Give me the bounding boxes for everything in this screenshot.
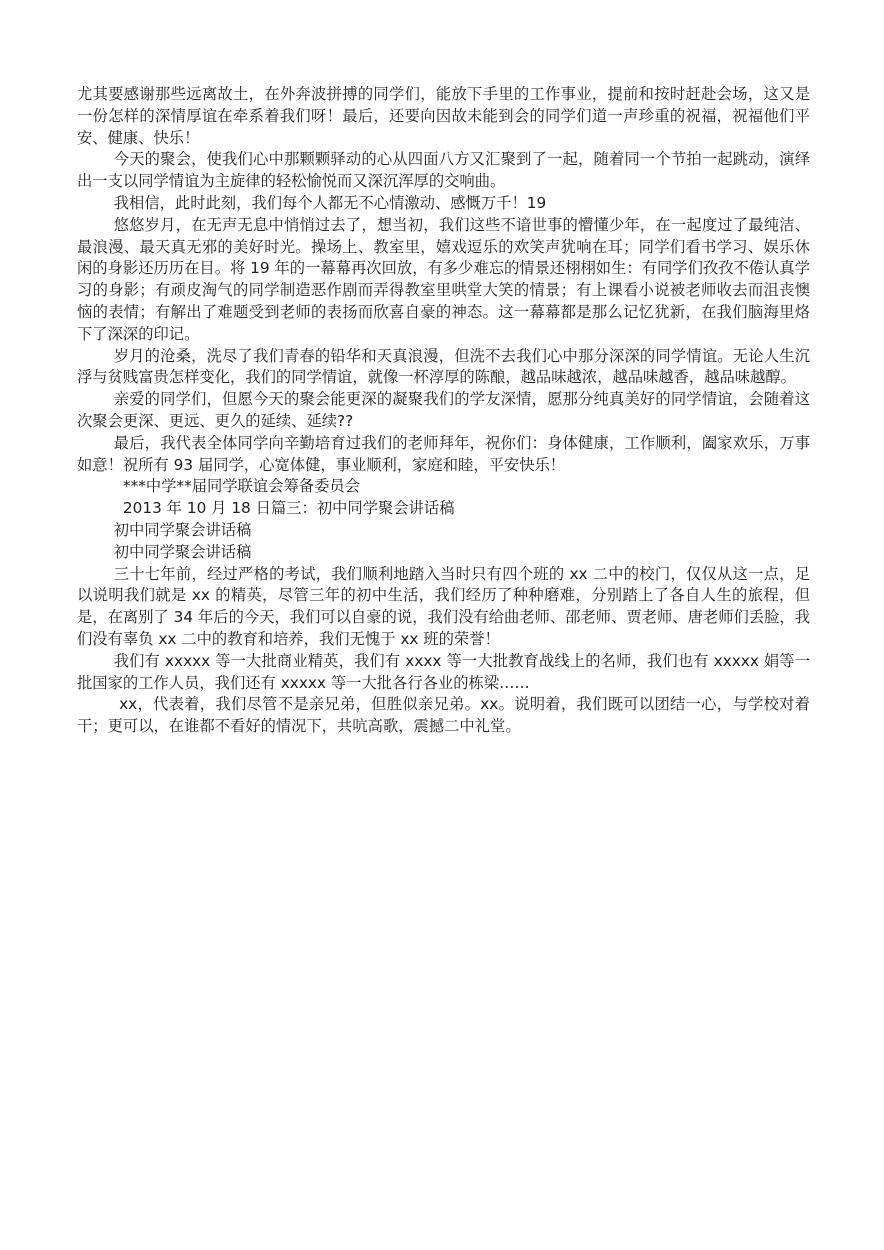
paragraph-brothers: xx，代表着，我们尽管不是亲兄弟，但胜似亲兄弟。xx。说明着，我们既可以团结一心… xyxy=(77,694,810,738)
date-and-section-title: 2013 年 10 月 18 日篇三：初中同学聚会讲话稿 xyxy=(77,498,810,520)
paragraph-wish: 亲爱的同学们，但愿今天的聚会能更深的凝聚我们的学友深情，愿那分纯真美好的同学情谊… xyxy=(77,389,810,433)
signature-committee: ***中学**届同学联谊会筹备委员会 xyxy=(77,476,810,498)
paragraph-years-friendship: 岁月的沧桑，洗尽了我们青春的铅华和天真浪漫，但洗不去我们心中那分深深的同学情谊。… xyxy=(77,346,810,390)
paragraph-gratitude: 尤其要感谢那些远离故土，在外奔波拼搏的同学们，能放下手里的工作事业，提前和按时赶… xyxy=(77,84,810,149)
doc-title-line-2: 初中同学聚会讲话稿 xyxy=(77,542,810,564)
paragraph-gathering: 今天的聚会，使我们心中那颗颗驿动的心从四面八方又汇聚到了一起，随着同一个节拍一起… xyxy=(77,149,810,193)
paragraph-elites: 我们有 xxxxx 等一大批商业精英，我们有 xxxx 等一大批教育战线上的名师… xyxy=(77,651,810,695)
paragraph-blessing: 最后，我代表全体同学向辛勤培育过我们的老师拜年，祝你们：身体健康，工作顺利，阖家… xyxy=(77,433,810,477)
document-body: 尤其要感谢那些远离故土，在外奔波拼搏的同学们，能放下手里的工作事业，提前和按时赶… xyxy=(77,84,810,738)
document-page: 尤其要感谢那些远离故土，在外奔波拼搏的同学们，能放下手里的工作事业，提前和按时赶… xyxy=(0,0,884,1250)
paragraph-emotion: 我相信，此时此刻，我们每个人都无不心情激动、感慨万千！19 xyxy=(77,193,810,215)
paragraph-memories: 悠悠岁月，在无声无息中悄悄过去了，想当初，我们这些不谙世事的懵懂少年，在一起度过… xyxy=(77,215,810,346)
doc-title-line-1: 初中同学聚会讲话稿 xyxy=(77,520,810,542)
paragraph-exam-history: 三十七年前，经过严格的考试，我们顺利地踏入当时只有四个班的 xx 二中的校门，仅… xyxy=(77,564,810,651)
